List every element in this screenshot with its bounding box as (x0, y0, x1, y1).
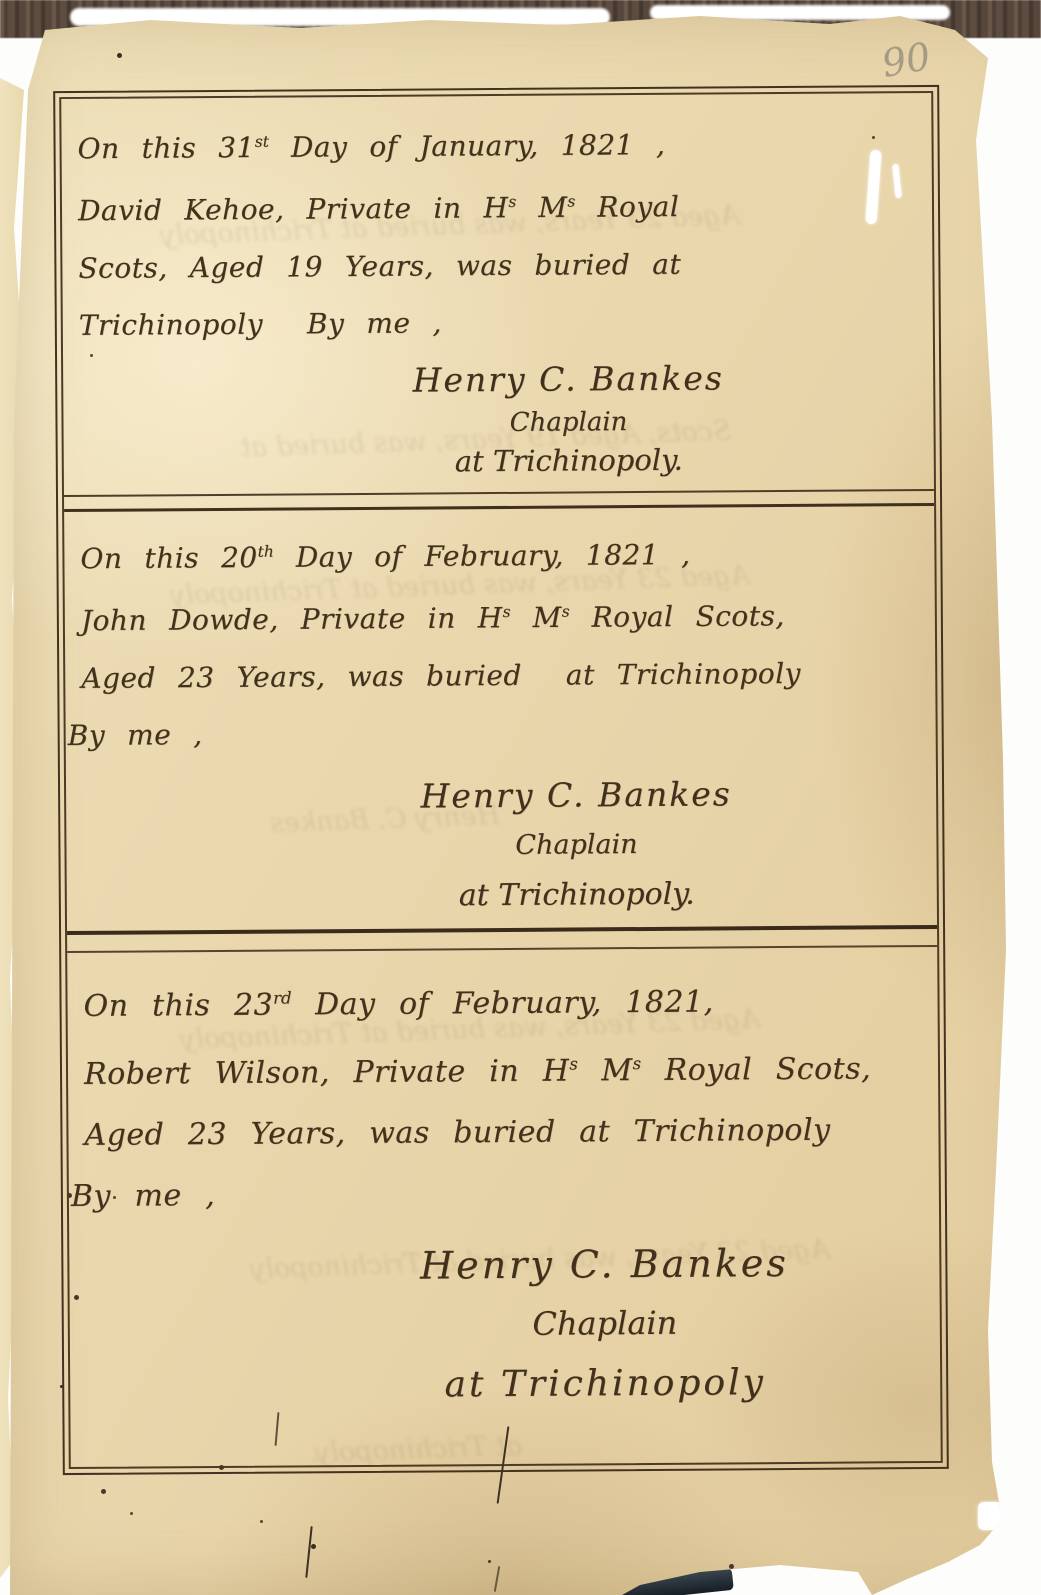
record-date-text: On this 23 (83, 988, 273, 1024)
superscript-s: s (569, 1054, 578, 1073)
record-date-text: On this 31 (77, 131, 254, 165)
burial-record-entry: On this 31st Day of January, 1821 , Davi… (61, 93, 934, 511)
ordinal-suffix: rd (273, 988, 292, 1007)
signature-block: Henry C. Bankes Chaplain at Trichinopoly… (63, 354, 934, 482)
record-burial-line: Aged 23 Years, was buried at Trichinopol… (65, 644, 935, 707)
signature-block: Henry C. Bankes Chaplain at Trichinopoly (69, 1233, 940, 1419)
signature-block: Henry C. Bankes Chaplain at Trichinopoly… (66, 768, 937, 924)
record-date-rest: Day of January, 1821 , (269, 128, 666, 164)
record-name-text: Royal Scots, (569, 600, 784, 635)
signature-role: Chaplain (203, 400, 933, 445)
record-name-line: David Kehoe, Private in Hs Ms Royal (62, 171, 932, 239)
record-byme-line: Trichinopoly By me , (63, 291, 933, 354)
paper-damage-patch (978, 1502, 1002, 1530)
record-name-text: David Kehoe, Private in H (78, 192, 509, 228)
burial-record-entry: On this 20th Day of February, 1821 , Joh… (64, 501, 937, 949)
record-byme-line: By me , (55, 1160, 939, 1227)
record-burial-line: Scots, Aged 19 Years, was buried at (62, 234, 932, 297)
signature-place: at Trichinopoly. (204, 440, 934, 481)
signature-role: Chaplain (270, 1291, 940, 1356)
ordinal-suffix: st (255, 133, 269, 151)
record-date-rest: Day of February, 1821, (291, 985, 713, 1023)
record-burial-line: Aged 23 Years, was buried at Trichinopol… (68, 1099, 938, 1166)
record-date-line: On this 20th Day of February, 1821 , (64, 519, 934, 587)
burial-record-entry: On this 23rd Day of February, 1821, Robe… (67, 941, 941, 1467)
signature-name: Henry C. Bankes (269, 1233, 939, 1296)
record-name-text: Royal (575, 190, 679, 224)
superscript-s: s (562, 603, 570, 621)
record-date-text: On this 20 (80, 541, 257, 575)
record-name-text: M (510, 601, 561, 634)
signature-name: Henry C. Bankes (203, 354, 933, 405)
burial-register-photograph: Aged 23 Years, was buried at Trichinopol… (0, 0, 1041, 1595)
ruled-border-frame-inner: On this 31st Day of January, 1821 , Davi… (59, 91, 943, 1469)
page-number-pencil: 90 (879, 34, 934, 86)
signature-place: at Trichinopoly. (217, 868, 937, 923)
record-name-text: Robert Wilson, Private in H (84, 1054, 570, 1092)
record-date-line: On this 23rd Day of February, 1821, (67, 963, 937, 1037)
record-name-line: John Dowde, Private in Hs Ms Royal Scots… (65, 581, 935, 649)
stray-ink-stroke (494, 1566, 500, 1592)
superscript-s: s (632, 1054, 641, 1073)
register-page: Aged 23 Years, was buried at Trichinopol… (10, 14, 1041, 1595)
signature-place: at Trichinopoly (270, 1351, 940, 1418)
stray-ink-stroke (305, 1526, 312, 1578)
record-byme-line: By me , (51, 701, 935, 764)
signature-name: Henry C. Bankes (216, 768, 936, 823)
ordinal-suffix: th (258, 543, 274, 561)
superscript-s: s (503, 603, 511, 621)
ruled-border-frame: On this 31st Day of January, 1821 , Davi… (53, 85, 949, 1475)
record-name-line: Robert Wilson, Private in Hs Ms Royal Sc… (68, 1031, 938, 1105)
record-date-rest: Day of February, 1821 , (274, 538, 691, 574)
record-name-text: M (516, 191, 567, 224)
record-name-text: Royal Scots, (641, 1051, 871, 1088)
record-date-line: On this 31st Day of January, 1821 , (61, 109, 931, 177)
record-name-text: John Dowde, Private in H (81, 602, 503, 638)
record-name-text: M (578, 1053, 633, 1088)
signature-role: Chaplain (216, 818, 936, 873)
